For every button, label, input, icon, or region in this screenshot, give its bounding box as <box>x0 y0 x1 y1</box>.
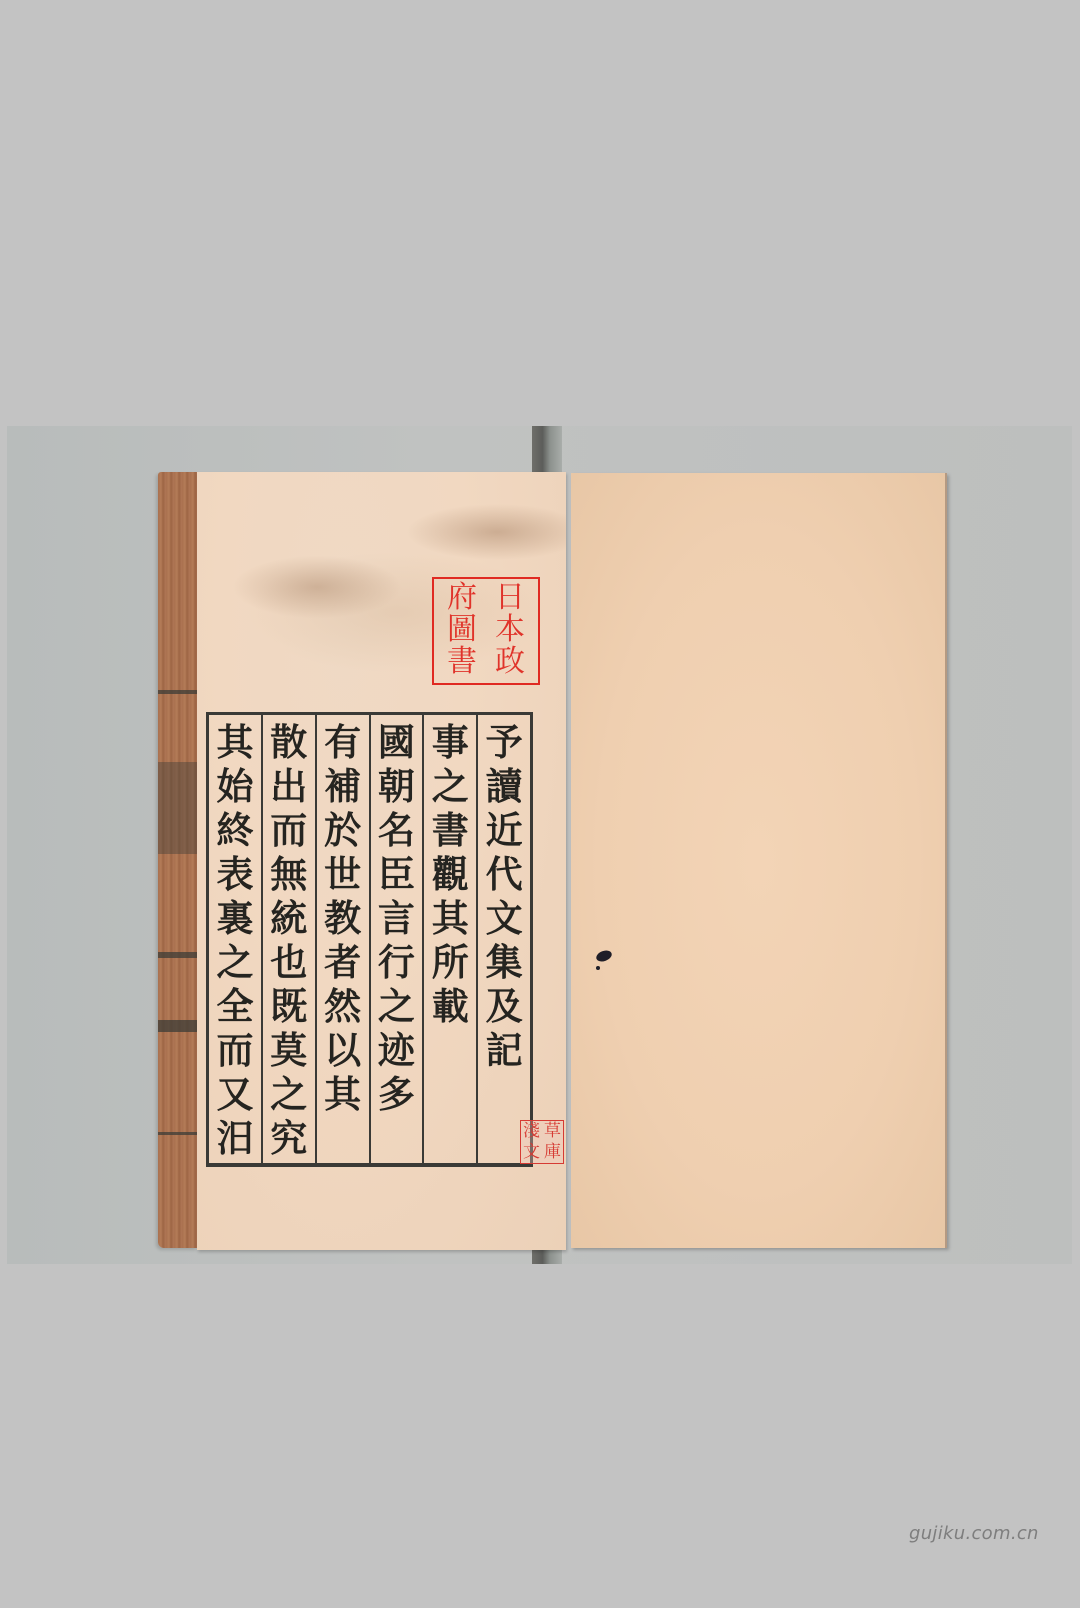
seal-char: 庫 <box>542 1144 563 1161</box>
text-glyph: 言 <box>378 897 415 941</box>
text-glyph: 之 <box>432 765 469 809</box>
text-glyph: 其 <box>324 1073 361 1117</box>
text-glyph: 予 <box>486 721 523 765</box>
text-glyph: 表 <box>216 853 253 897</box>
collector-seal: 淺 草 文 庫 <box>520 1120 564 1164</box>
text-glyph: 觀 <box>432 853 469 897</box>
text-glyph: 書 <box>432 809 469 853</box>
text-glyph: 名 <box>378 809 415 853</box>
text-column: 其始終表裏之全而又汨 <box>209 715 261 1163</box>
text-glyph: 近 <box>486 809 523 853</box>
ink-blot <box>595 949 613 964</box>
text-glyph: 世 <box>324 853 361 897</box>
text-glyph: 臣 <box>378 853 415 897</box>
text-glyph: 無 <box>270 853 307 897</box>
text-glyph: 以 <box>324 1029 361 1073</box>
text-glyph: 載 <box>432 985 469 1029</box>
text-column: 予讀近代文集及記 <box>476 715 530 1163</box>
text-column: 散出而無統也既莫之究 <box>261 715 315 1163</box>
printed-text-block: 予讀近代文集及記 事之書觀其所載 國朝名臣言行之迹多 有補於世教者然以其 散出而… <box>206 712 533 1167</box>
text-glyph: 及 <box>486 985 523 1029</box>
text-glyph: 究 <box>270 1117 307 1161</box>
seal-char: 本 <box>495 615 525 647</box>
text-glyph: 朝 <box>378 765 415 809</box>
text-glyph: 終 <box>216 809 253 853</box>
seal-char: 圖 <box>447 615 477 647</box>
text-glyph: 也 <box>270 941 307 985</box>
text-column: 國朝名臣言行之迹多 <box>369 715 423 1163</box>
text-glyph: 者 <box>324 941 361 985</box>
seal-char: 淺 <box>521 1123 542 1140</box>
text-glyph: 又 <box>216 1073 253 1117</box>
text-column: 有補於世教者然以其 <box>315 715 369 1163</box>
library-seal: 日 本 政 府 圖 書 <box>432 577 540 685</box>
text-glyph: 莫 <box>270 1029 307 1073</box>
text-glyph: 所 <box>432 941 469 985</box>
text-glyph: 讀 <box>486 765 523 809</box>
text-glyph: 之 <box>270 1073 307 1117</box>
text-glyph: 集 <box>486 941 523 985</box>
seal-char: 政 <box>495 647 525 679</box>
text-glyph: 而 <box>216 1029 253 1073</box>
text-glyph: 教 <box>324 897 361 941</box>
seal-char: 日 <box>495 583 525 615</box>
seal-char: 書 <box>447 647 477 679</box>
text-glyph: 迹 <box>378 1029 415 1073</box>
text-glyph: 其 <box>432 897 469 941</box>
text-glyph: 事 <box>432 721 469 765</box>
right-page <box>571 473 947 1248</box>
text-glyph: 多 <box>378 1073 415 1117</box>
text-glyph: 出 <box>270 765 307 809</box>
text-glyph: 其 <box>216 721 253 765</box>
seal-char: 府 <box>447 583 477 615</box>
text-glyph: 汨 <box>216 1117 253 1161</box>
text-glyph: 始 <box>216 765 253 809</box>
text-glyph: 裏 <box>216 897 253 941</box>
text-glyph: 然 <box>324 985 361 1029</box>
seal-char: 文 <box>521 1144 542 1161</box>
text-glyph: 行 <box>378 941 415 985</box>
text-glyph: 代 <box>486 853 523 897</box>
text-glyph: 於 <box>324 809 361 853</box>
text-glyph: 全 <box>216 985 253 1029</box>
text-glyph: 而 <box>270 809 307 853</box>
text-column: 事之書觀其所載 <box>422 715 476 1163</box>
book-spine <box>158 472 198 1248</box>
text-glyph: 散 <box>270 721 307 765</box>
seal-char: 草 <box>542 1123 563 1140</box>
text-glyph: 補 <box>324 765 361 809</box>
text-glyph: 統 <box>270 897 307 941</box>
text-glyph: 文 <box>486 897 523 941</box>
site-watermark: gujiku.com.cn <box>909 1523 1039 1544</box>
text-glyph: 有 <box>324 721 361 765</box>
text-glyph: 國 <box>378 721 415 765</box>
text-glyph: 之 <box>378 985 415 1029</box>
ink-dot <box>596 966 600 970</box>
text-glyph: 既 <box>270 985 307 1029</box>
text-glyph: 記 <box>486 1029 523 1073</box>
text-glyph: 之 <box>216 941 253 985</box>
